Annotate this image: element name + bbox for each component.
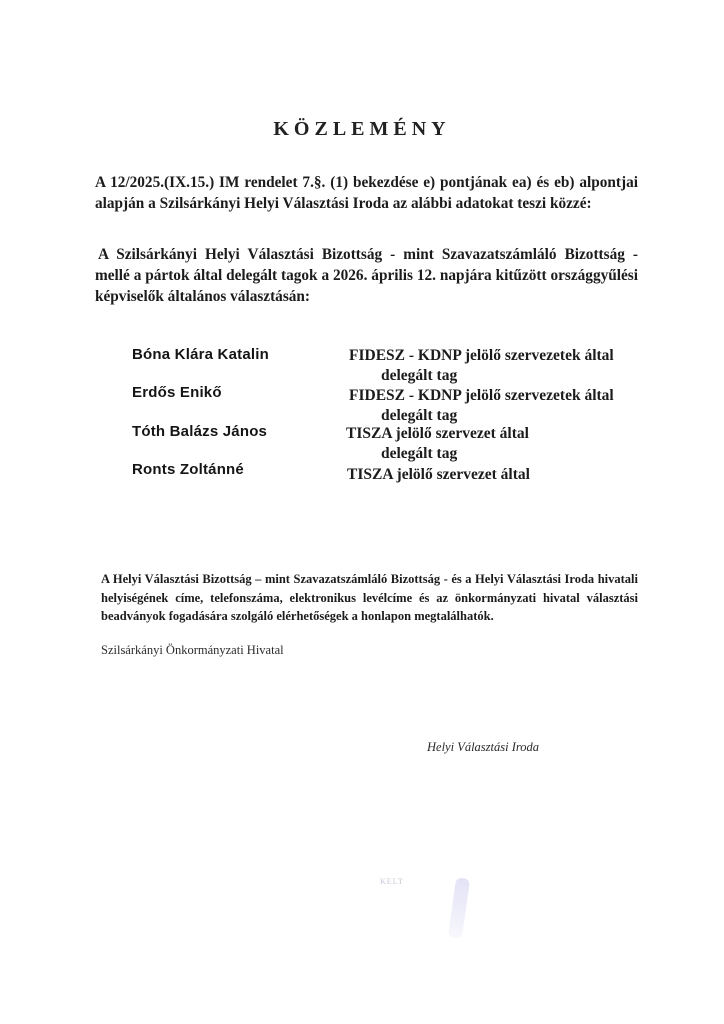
committee-paragraph: A Szilsárkányi Helyi Választási Bizottsá… xyxy=(95,244,638,307)
member-role-line: delegált tag xyxy=(349,366,614,386)
member-name: Bóna Klára Katalin xyxy=(132,346,269,363)
member-role-line: delegált tag xyxy=(349,406,614,426)
member-role-line: FIDESZ - KDNP jelölő szervezetek által xyxy=(349,347,614,364)
signature: Helyi Választási Iroda xyxy=(427,740,539,755)
contact-paragraph: A Helyi Választási Bizottság – mint Szav… xyxy=(101,570,638,626)
member-role: TISZA jelölő szervezet által xyxy=(347,465,530,485)
member-role-line: TISZA jelölő szervezet által xyxy=(347,466,530,483)
member-name: Ronts Zoltánné xyxy=(132,461,244,478)
member-role-line: FIDESZ - KDNP jelölő szervezetek által xyxy=(349,387,614,404)
faded-stamp-mark xyxy=(448,877,470,938)
member-role: FIDESZ - KDNP jelölő szervezetek által d… xyxy=(349,346,614,386)
member-role-line: delegált tag xyxy=(346,444,529,464)
document-title: KÖZLEMÉNY xyxy=(0,118,724,141)
office-name: Szilsárkányi Önkormányzati Hivatal xyxy=(101,643,284,658)
member-role: FIDESZ - KDNP jelölő szervezetek által d… xyxy=(349,386,614,426)
member-role-line: TISZA jelölő szervezet által xyxy=(346,425,529,442)
member-name: Tóth Balázs János xyxy=(132,423,267,440)
member-name: Erdős Enikő xyxy=(132,384,222,401)
faded-stamp-text: KELT xyxy=(380,877,404,886)
document-page: KÖZLEMÉNY A 12/2025.(IX.15.) IM rendelet… xyxy=(0,0,724,1024)
member-role: TISZA jelölő szervezet által delegált ta… xyxy=(346,424,529,464)
intro-paragraph: A 12/2025.(IX.15.) IM rendelet 7.§. (1) … xyxy=(95,172,638,214)
